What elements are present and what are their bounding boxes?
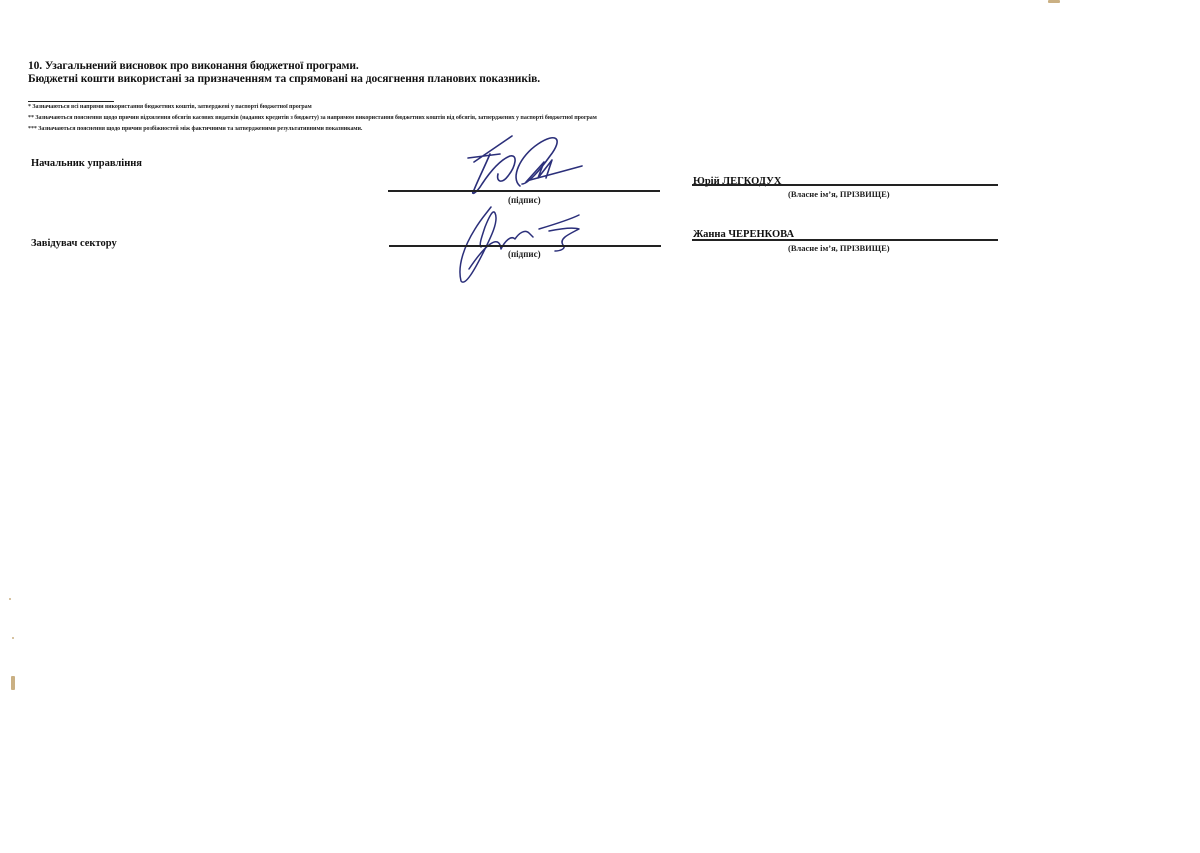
footnote-3: *** Зазначаються пояснення щодо причин р…	[28, 126, 362, 132]
scan-artifact	[12, 637, 14, 639]
section-heading: 10. Узагальнений висновок про виконання …	[28, 60, 359, 72]
name-2-line	[692, 239, 998, 241]
scan-artifact	[9, 598, 11, 600]
conclusion-text: Бюджетні кошти використані за призначенн…	[28, 73, 540, 85]
signatory-2-role: Завідувач сектору	[31, 238, 117, 249]
signatory-1-role: Начальник управління	[31, 158, 142, 169]
footnote-1: * Зазначаються всі напрями використання …	[28, 104, 312, 110]
name-2-caption: (Власне ім’я, ПРІЗВИЩЕ)	[788, 243, 890, 253]
name-1-caption: (Власне ім’я, ПРІЗВИЩЕ)	[788, 189, 890, 199]
scan-artifact	[1048, 0, 1060, 3]
footnote-divider	[28, 101, 114, 102]
footnote-2: ** Зазначаються пояснення щодо причин ві…	[28, 115, 597, 121]
signature-1-caption: (підпис)	[508, 195, 541, 205]
signature-2-line	[389, 245, 661, 247]
name-1-line	[692, 184, 998, 186]
scan-artifact	[11, 676, 15, 690]
signature-1-line	[388, 190, 660, 192]
signature-2-caption: (підпис)	[508, 249, 541, 259]
